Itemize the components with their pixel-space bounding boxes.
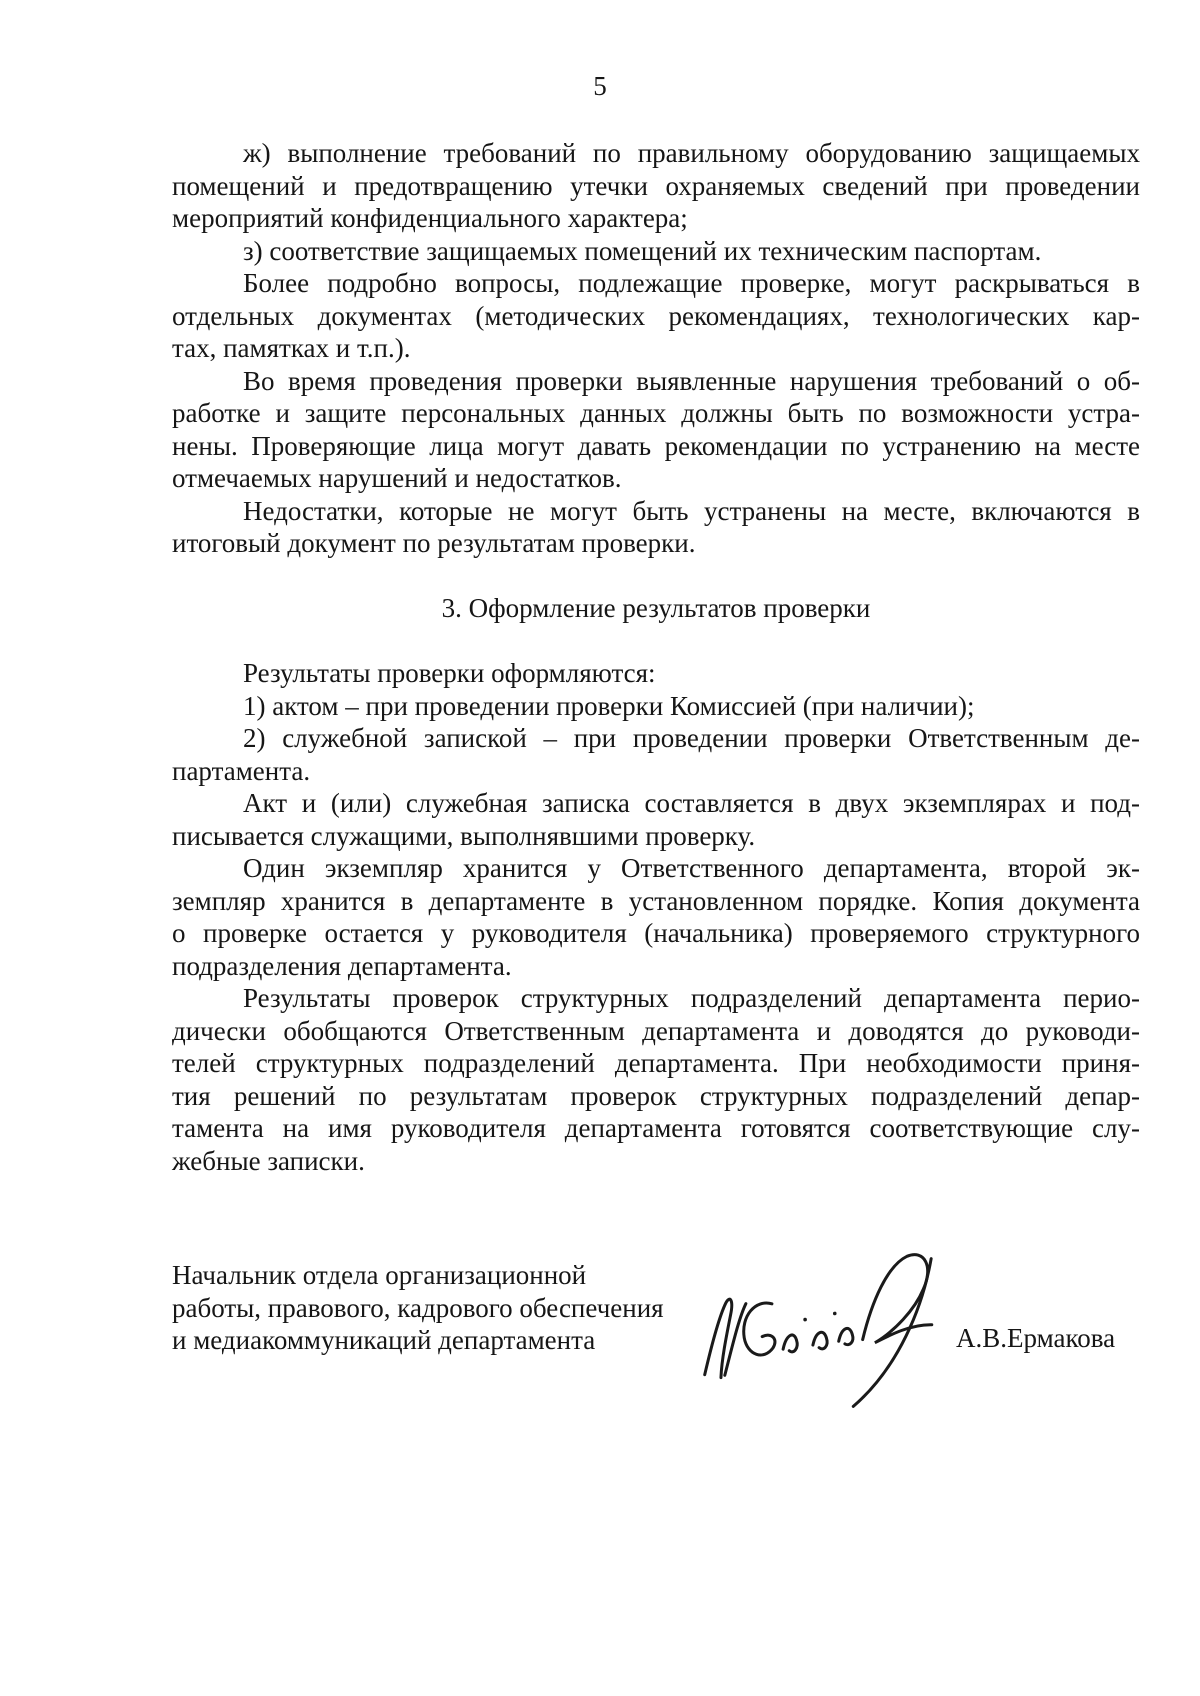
text-line: земпляр хранится в департаменте в устано… [172,885,1140,918]
text-line: тамента на имя руководителя департамента… [172,1112,1140,1145]
text-line: отдельных документах (методических реком… [172,300,1140,333]
handwritten-signature-icon [672,1234,983,1430]
document-body: ж) выполнение требований по правильному … [172,137,1140,1177]
text-line: Результаты проверок структурных подразде… [172,982,1140,1015]
text-line: работке и защите персональных данных дол… [172,397,1140,430]
text-line: жебные записки. [172,1145,1140,1178]
text-line: 1) актом – при проведении проверки Комис… [172,690,1140,723]
text-line: отмечаемых нарушений и недостатков. [172,462,1140,495]
text-line: подразделения департамента. [172,950,1140,983]
text-line: тия решений по результатам проверок стру… [172,1080,1140,1113]
text-line: итоговый документ по результатам проверк… [172,527,1140,560]
text-line: о проверке остается у руководителя (нача… [172,917,1140,950]
text-line: Один экземпляр хранится у Ответственного… [172,852,1140,885]
text-line: з) соответствие защищаемых помещений их … [172,235,1140,268]
text-line: дически обобщаются Ответственным департа… [172,1015,1140,1048]
blank-line [172,560,1140,593]
text-line: помещений и предотвращению утечки охраня… [172,170,1140,203]
text-line: Во время проведения проверки выявленные … [172,365,1140,398]
text-line: тах, памятках и т.п.). [172,332,1140,365]
text-line: 2) служебной запиской – при проведении п… [172,722,1140,755]
text-line: Акт и (или) служебная записка составляет… [172,787,1140,820]
text-line: нены. Проверяющие лица могут давать реко… [172,430,1140,463]
text-line: партамента. [172,755,1140,788]
text-line: Результаты проверки оформляются: [172,657,1140,690]
text-line: писывается служащими, выполнявшими прове… [172,820,1140,853]
document-page: 5 ж) выполнение требований по правильном… [0,0,1200,1696]
text-line: Более подробно вопросы, подлежащие прове… [172,267,1140,300]
blank-line [172,625,1140,658]
text-line: мероприятий конфиденциального характера; [172,202,1140,235]
text-line: Недостатки, которые не могут быть устран… [172,495,1140,528]
text-line: ж) выполнение требований по правильному … [172,137,1140,170]
section-heading: 3. Оформление результатов проверки [172,592,1140,625]
text-line: телей структурных подразделений департам… [172,1047,1140,1080]
signatory-name: А.В.Ермакова [956,1322,1115,1355]
page-number: 5 [0,70,1200,102]
